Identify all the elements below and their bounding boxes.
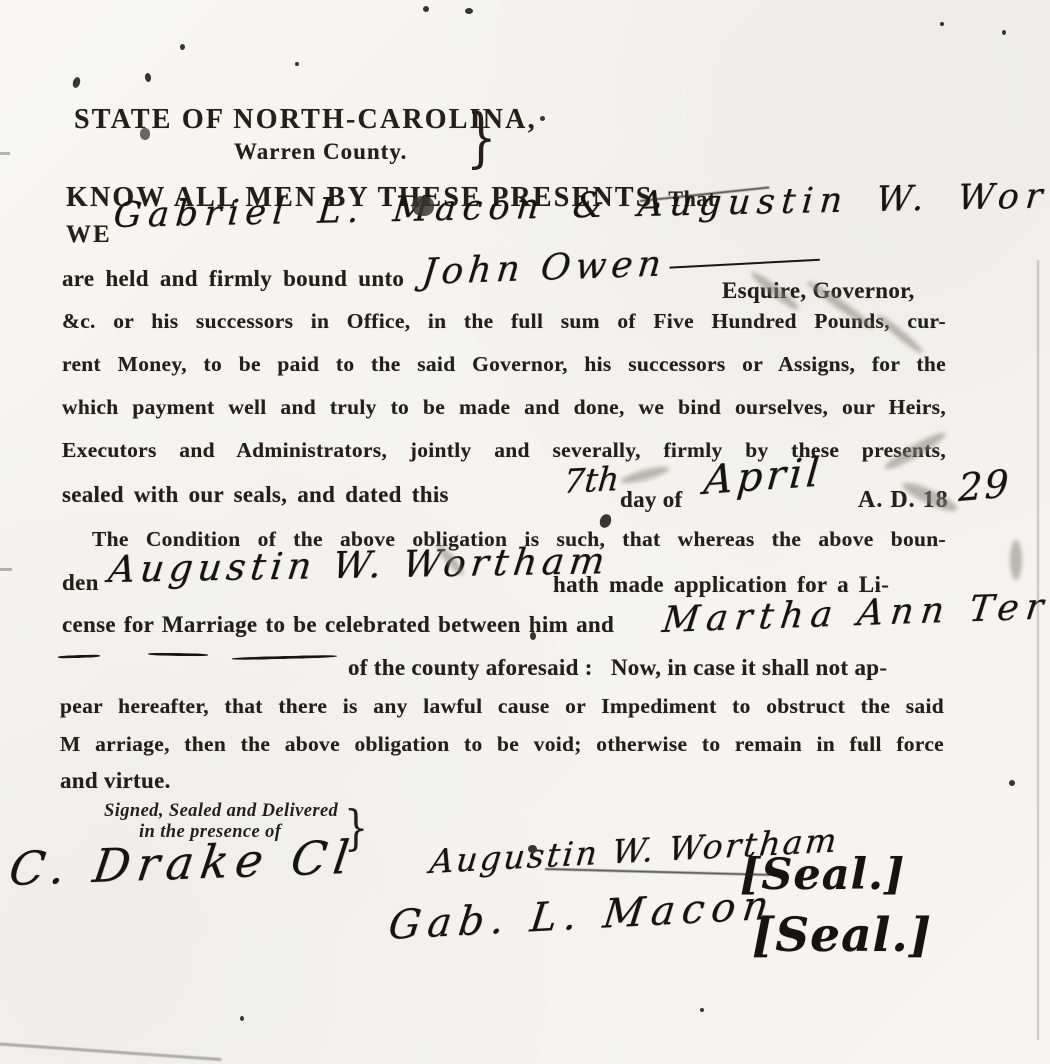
fold-line xyxy=(1037,260,1039,1040)
day-handwritten: 7th xyxy=(562,459,621,501)
ink-speck xyxy=(540,116,545,121)
month-handwritten: April xyxy=(702,449,825,504)
scan-edge-line xyxy=(0,1042,222,1061)
county-title: Warren County. xyxy=(234,139,407,165)
ink-blot xyxy=(412,196,434,216)
ink-speck xyxy=(465,8,473,14)
body-line-sum: &c. or his successors in Office, in the … xyxy=(62,309,946,334)
pen-flourish-line xyxy=(669,259,819,269)
ink-speck xyxy=(180,44,185,50)
ink-speck xyxy=(940,22,944,26)
scanned-document-page: STATE OF NORTH-CAROLINA, } Warren County… xyxy=(0,0,1050,1064)
ink-speck xyxy=(1002,30,1006,35)
virtue-line: and virtue. xyxy=(60,768,171,794)
header-brace: } xyxy=(466,100,497,176)
dash-mark xyxy=(232,655,337,661)
pen-smudge xyxy=(620,464,671,487)
year-handwritten: 29 xyxy=(958,461,1011,510)
impediment-line: pear hereafter, that there is any lawful… xyxy=(60,694,944,719)
body-line-money: rent Money, to be paid to the said Gover… xyxy=(62,352,946,377)
ink-speck xyxy=(423,6,429,12)
ink-speck xyxy=(71,76,81,89)
dash-mark xyxy=(148,652,208,656)
witness-signature-handwritten: C. Drake Cl xyxy=(6,830,359,896)
pen-smudge xyxy=(1010,540,1022,580)
applicant-handwritten: Augustin W. Wortham xyxy=(106,539,612,591)
dash-mark xyxy=(58,654,100,658)
ink-speck xyxy=(144,73,151,83)
attestation-line1: Signed, Sealed and Delivered xyxy=(104,801,338,822)
ink-speck xyxy=(295,62,299,66)
body-line-payment: which payment well and truly to be made … xyxy=(62,395,946,420)
edge-mark xyxy=(0,152,10,155)
signature-2-handwritten: Gab. L. Macon xyxy=(386,882,778,949)
edge-mark xyxy=(0,568,12,571)
ink-speck xyxy=(1009,780,1015,786)
void-line: M arriage, then the above obligation to … xyxy=(60,732,944,757)
governor-name-text: John Owen xyxy=(420,243,668,293)
bound-unto-text: are held and firmly bound unto xyxy=(62,266,404,292)
den-label: den xyxy=(62,570,99,596)
ink-speck xyxy=(700,1008,704,1012)
seal-2-label: [Seal.] xyxy=(752,908,932,963)
ink-speck xyxy=(140,128,150,140)
aforesaid-line-text: of the county aforesaid : Now, in case i… xyxy=(348,655,887,681)
ink-speck xyxy=(528,845,537,853)
ink-speck xyxy=(530,632,536,640)
ink-speck xyxy=(863,742,868,747)
ink-speck xyxy=(240,1016,244,1021)
dated-prefix-text: sealed with our seals, and dated this xyxy=(62,482,449,508)
we-label: WE xyxy=(66,221,112,249)
day-of-text: day of xyxy=(620,487,683,513)
